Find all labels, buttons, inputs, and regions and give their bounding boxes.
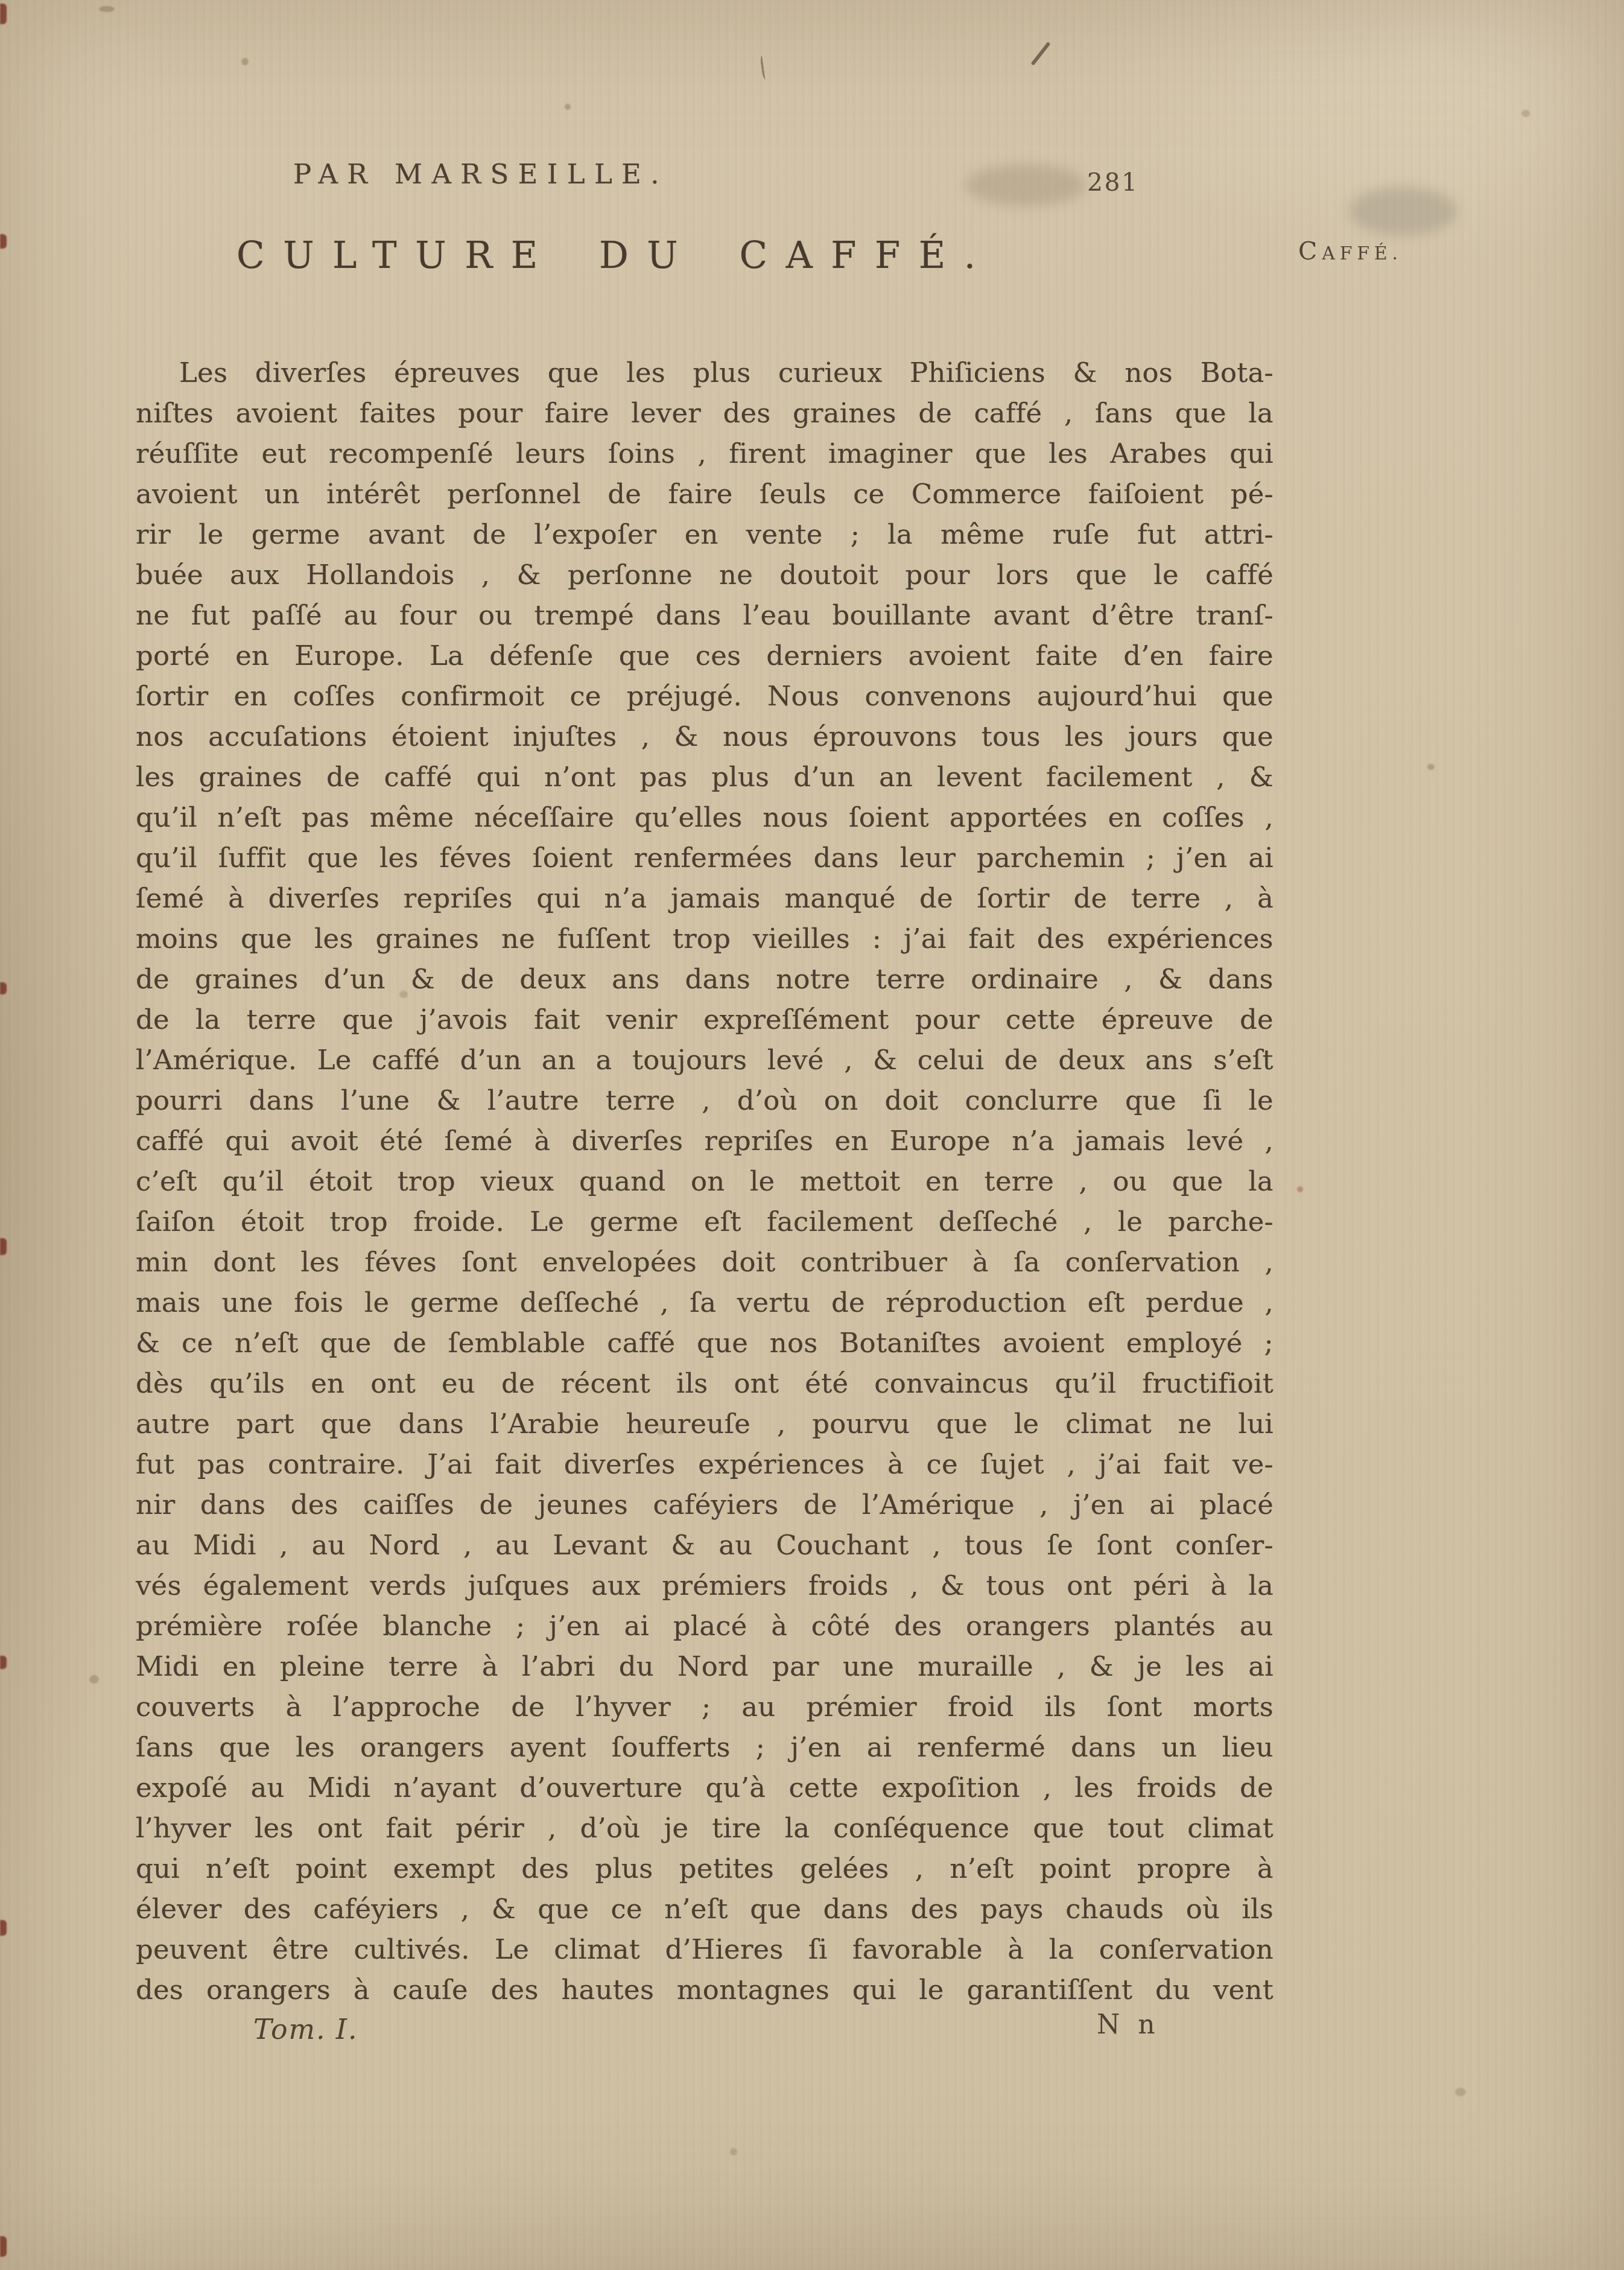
binding-edge-mark	[0, 1238, 7, 1255]
body-line: futpascontraire.J’aifaitdiverſesexpérien…	[136, 1444, 1274, 1484]
paper-speck	[565, 104, 571, 110]
paper-speck	[241, 58, 249, 65]
body-line: lesgrainesdecafféquin’ontpasplusd’unanle…	[136, 757, 1274, 797]
body-line: ſortirencoſſesconfirmoitcepréjugé.Nousco…	[136, 676, 1274, 716]
body-line: expoſéauMidin’ayantd’ouverturequ’àcettee…	[136, 1767, 1274, 1808]
body-line: delaterrequej’avoisfaitvenirexpreſſément…	[136, 999, 1274, 1040]
running-head: PAR MARSEILLE.	[293, 158, 668, 190]
body-line: peuventêtrecultivés.Leclimatd’Hieresſifa…	[136, 1929, 1274, 1970]
binding-edge-mark	[0, 2236, 7, 2257]
body-line: dèsqu’ilsenonteuderécentilsontétéconvain…	[136, 1363, 1274, 1404]
show-through-smudge	[965, 164, 1086, 206]
body-line: couvertsàl’approchedel’hyver;auprémierfr…	[136, 1687, 1274, 1727]
page-number: 281	[1087, 168, 1139, 197]
body-line: véségalementverdsjuſquesauxprémiersfroid…	[136, 1565, 1274, 1606]
body-line: éleverdescaféyiers,&quecen’eſtquedansdes…	[136, 1889, 1274, 1929]
paper-speck	[1427, 764, 1435, 770]
footer-tome-label: Tom. I.	[253, 2013, 358, 2046]
body-line: rirlegermeavantdel’expoſerenvente;lamême…	[136, 514, 1274, 555]
body-line: autrepartquedansl’Arabieheureuſe,pourvuq…	[136, 1404, 1274, 1444]
body-line: réuſſiteeutrecompenſéleursſoins,firentim…	[136, 433, 1274, 474]
body-line: l’Amérique.Lecafféd’unanatoujourslevé,&c…	[136, 1040, 1274, 1080]
body-line: avoientunintérêtperſonneldefaireſeulsceC…	[136, 474, 1274, 514]
section-title: CULTURE DU CAFFÉ.	[236, 234, 994, 277]
body-line: cafféquiavoitétéſeméàdiverſesrepriſesenE…	[136, 1121, 1274, 1161]
book-page: PAR MARSEILLE. 281 CAFFÉ. CULTURE DU CAF…	[0, 0, 1624, 2270]
body-line: desorangersàcauſedeshautesmontagnesquile…	[136, 1970, 1274, 2010]
binding-edge-mark	[0, 234, 7, 249]
body-line: auMidi,auNord,auLevant&auCouchant,tousſe…	[136, 1525, 1274, 1565]
body-line: ſeméàdiverſesrepriſesquin’ajamaismanquéd…	[136, 878, 1274, 918]
body-line: nirdansdescaiſſesdejeunescaféyiersdel’Am…	[136, 1484, 1274, 1525]
body-line: ſaiſonétoittropfroide.Legermeeſtfacileme…	[136, 1201, 1274, 1242]
body-line: pourridansl’une&l’autreterre,d’oùondoitc…	[136, 1080, 1274, 1121]
body-text: LesdiverſesépreuvesquelespluscurieuxPhiſ…	[136, 352, 1274, 2010]
body-line: Midienpleineterreàl’abriduNordparunemura…	[136, 1646, 1274, 1687]
body-line: &cen’eſtquedeſemblablecafféquenosBotaniſ…	[136, 1323, 1274, 1363]
binding-edge-mark	[0, 1920, 7, 1936]
ink-smudge	[1349, 187, 1457, 235]
body-line: qu’iln’eſtpasmêmenéceſſairequ’ellesnousſ…	[136, 797, 1274, 838]
binding-edge-mark	[0, 982, 7, 994]
paper-speck	[1297, 1186, 1303, 1192]
body-line: qu’ilſuffitquelesfévesſoientrenferméesda…	[136, 838, 1274, 878]
body-line: nosaccuſationsétoientinjuſtes,&nouséprou…	[136, 716, 1274, 757]
body-line: niſtesavoientfaitespourfaireleverdesgrai…	[136, 393, 1274, 433]
body-line: ſansquelesorangersayentſoufferts;j’enair…	[136, 1727, 1274, 1767]
stray-ink-mark	[760, 56, 767, 80]
body-line: LesdiverſesépreuvesquelespluscurieuxPhiſ…	[136, 352, 1274, 393]
body-line: buéeauxHollandois,&perſonnenedoutoitpour…	[136, 555, 1274, 595]
margin-note: CAFFÉ.	[1298, 237, 1403, 265]
paper-speck	[99, 6, 115, 12]
body-line: portéenEurope.Ladéfenſequecesderniersavo…	[136, 635, 1274, 676]
paper-speck	[1455, 2088, 1466, 2096]
body-line: mindontlesfévesſontenvelopéesdoitcontrib…	[136, 1242, 1274, 1282]
pen-slash-mark	[1030, 42, 1050, 66]
body-line: l’hyverlesontfaitpérir,d’oùjetirelaconſé…	[136, 1808, 1274, 1848]
body-line: nefutpaſſéaufouroutrempédansl’eaubouilla…	[136, 595, 1274, 635]
body-line: moinsquelesgrainesnefuſſenttropvieilles:…	[136, 918, 1274, 959]
body-line: prémièreroſéeblanche;j’enaiplacéàcôtédes…	[136, 1606, 1274, 1646]
binding-edge-mark	[0, 1656, 7, 1669]
paper-speck	[730, 2148, 737, 2155]
paper-speck	[89, 1675, 99, 1683]
footer-signature-mark: N n	[1097, 2009, 1160, 2040]
paper-speck	[1521, 110, 1530, 117]
body-line: degrainesd’un&dedeuxansdansnotreterreord…	[136, 959, 1274, 999]
body-line: c’eſtqu’ilétoittropvieuxquandonlemettoit…	[136, 1161, 1274, 1201]
body-line: maisunefoislegermedeſſeché,ſavertuderépr…	[136, 1282, 1274, 1323]
body-line: quin’eſtpointexemptdespluspetitesgelées,…	[136, 1848, 1274, 1889]
binding-edge-mark	[0, 4, 7, 24]
